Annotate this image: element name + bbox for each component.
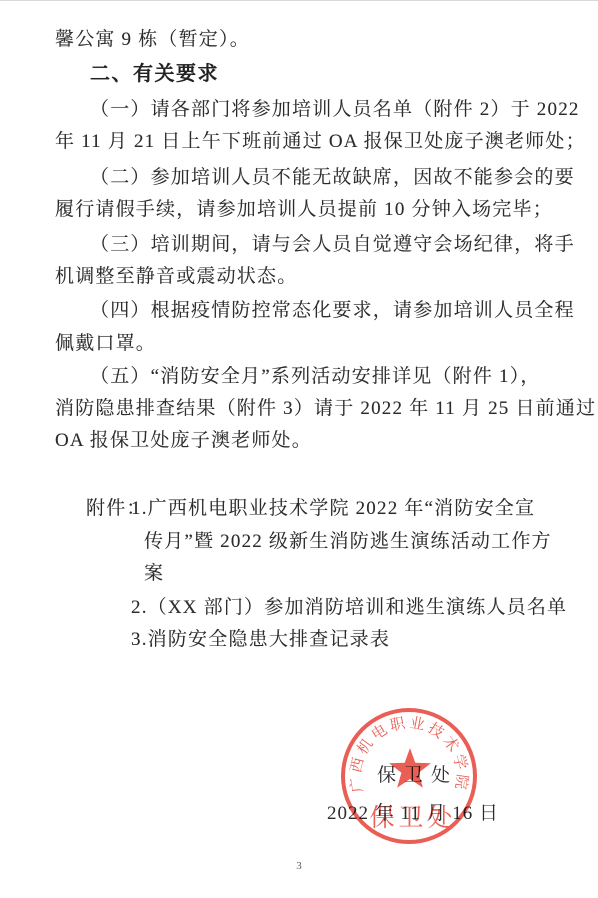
body-line: （三）培训期间，请与会人员自觉遵守会场纪律，将手 xyxy=(90,233,575,257)
body-line: 机调整至静音或震动状态。 xyxy=(55,265,297,289)
attachment-item-3: 3.消防安全隐患大排查记录表 xyxy=(131,628,390,652)
attachment-item-1-cont: 案 xyxy=(144,562,164,586)
attachment-item-2: 2.（XX 部门）参加消防培训和逃生演练人员名单 xyxy=(131,596,567,620)
attachment-item-1: 1.广西机电职业技术学院 2022 年“消防安全宣 xyxy=(131,497,535,521)
body-line: （二）参加培训人员不能无故缺席，因故不能参会的要 xyxy=(90,166,575,190)
official-seal-stamp: 广西机电职业技术学院 保卫处 xyxy=(339,706,479,846)
section-heading: 二、有关要求 xyxy=(90,62,219,86)
seal-bottom-text: 保卫处 xyxy=(369,804,456,832)
body-line: （五）“消防安全月”系列活动安排详见（附件 1）， xyxy=(90,365,541,389)
body-line: 馨公寓 9 栋（暂定）。 xyxy=(55,28,250,52)
seal-star-icon xyxy=(389,748,431,788)
body-line: （一）请各部门将参加培训人员名单（附件 2）于 2022 xyxy=(90,98,580,122)
body-line: 消防隐患排查结果（附件 3）请于 2022 年 11 月 25 日前通过 xyxy=(55,397,596,421)
attachment-item-1-cont: 传月”暨 2022 级新生消防逃生演练活动工作方 xyxy=(144,530,552,554)
page-number: 3 xyxy=(0,860,598,872)
body-line: OA 报保卫处庞子澳老师处。 xyxy=(55,429,312,453)
body-line: （四）根据疫情防控常态化要求，请参加培训人员全程 xyxy=(90,299,575,323)
body-line: 年 11 月 21 日上午下班前通过 OA 报保卫处庞子澳老师处； xyxy=(55,130,586,154)
body-line: 佩戴口罩。 xyxy=(55,332,156,356)
body-line: 履行请假手续，请参加培训人员提前 10 分钟入场完毕； xyxy=(55,198,553,222)
document-page: 馨公寓 9 栋（暂定）。 二、有关要求 （一）请各部门将参加培训人员名单（附件 … xyxy=(0,0,598,898)
